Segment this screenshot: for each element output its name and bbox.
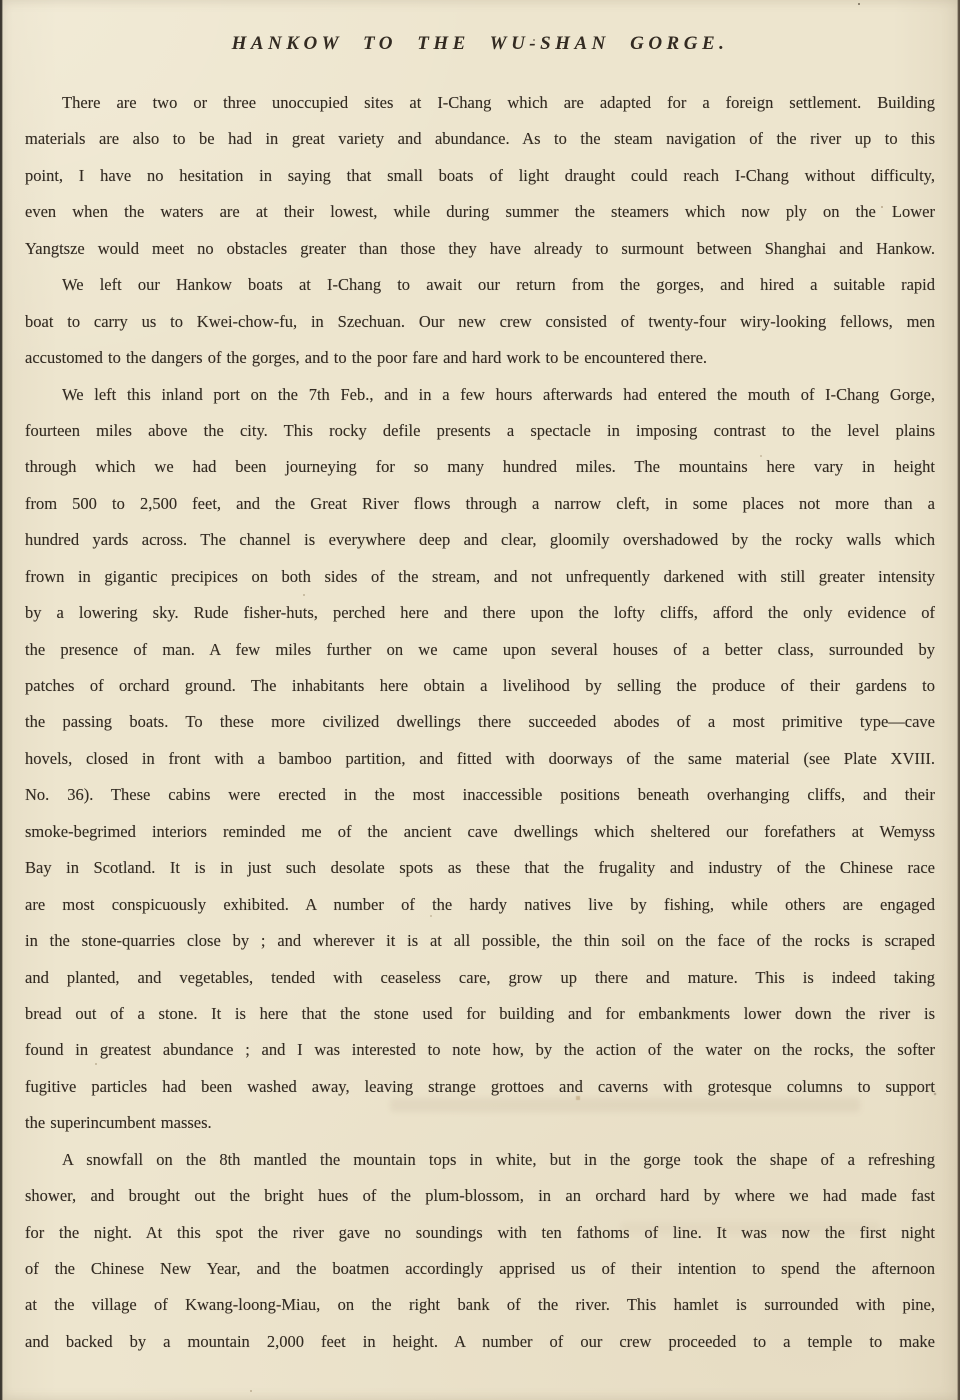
text-line: There are two or three unoccupied sites … bbox=[25, 85, 935, 121]
text-line: from 500 to 2,500 feet, and the Great Ri… bbox=[25, 486, 935, 522]
text-line: We left our Hankow boats at I-Chang to a… bbox=[25, 267, 935, 303]
text-line: by a lowering sky. Rude fisher-huts, per… bbox=[25, 595, 935, 631]
text-line: A snowfall on the 8th mantled the mounta… bbox=[25, 1142, 935, 1178]
text-line: materials are also to be had in great va… bbox=[25, 121, 935, 157]
text-line: No. 36). These cabins were erected in th… bbox=[25, 777, 935, 813]
paragraph: We left this inland port on the 7th Feb.… bbox=[25, 377, 935, 1142]
text-line: through which we had been journeying for… bbox=[25, 449, 935, 485]
text-line: and backed by a mountain 2,000 feet in h… bbox=[25, 1324, 935, 1360]
text-line: in the stone-quarries close by ; and whe… bbox=[25, 923, 935, 959]
text-line: found in greatest abundance ; and I was … bbox=[25, 1032, 935, 1068]
book-page: HANKOW TO THE WU-SHAN GORGE. There are t… bbox=[0, 0, 960, 1400]
text-line: the superincumbent masses. bbox=[25, 1105, 935, 1141]
text-line: smoke-begrimed interiors reminded me of … bbox=[25, 814, 935, 850]
paragraph: We left our Hankow boats at I-Chang to a… bbox=[25, 267, 935, 376]
text-line: bread out of a stone. It is here that th… bbox=[25, 996, 935, 1032]
text-line: We left this inland port on the 7th Feb.… bbox=[25, 377, 935, 413]
text-line: fugitive particles had been washed away,… bbox=[25, 1069, 935, 1105]
text-line: hovels, closed in front with a bamboo pa… bbox=[25, 741, 935, 777]
text-line: point, I have no hesitation in saying th… bbox=[25, 158, 935, 194]
text-line: are most conspicuously exhibited. A numb… bbox=[25, 887, 935, 923]
text-line: Yangtsze would meet no obstacles greater… bbox=[25, 231, 935, 267]
scan-edge-left bbox=[0, 0, 3, 1400]
text-line: Bay in Scotland. It is in just such deso… bbox=[25, 850, 935, 886]
page-body: There are two or three unoccupied sites … bbox=[25, 85, 935, 1360]
text-line: fourteen miles above the city. This rock… bbox=[25, 413, 935, 449]
paragraph: There are two or three unoccupied sites … bbox=[25, 85, 935, 267]
text-line: frown in gigantic precipices on both sid… bbox=[25, 559, 935, 595]
paragraph: A snowfall on the 8th mantled the mounta… bbox=[25, 1142, 935, 1361]
page-title: HANKOW TO THE WU-SHAN GORGE. bbox=[0, 33, 960, 55]
text-line: at the village of Kwang-loong-Miau, on t… bbox=[25, 1287, 935, 1323]
text-line: shower, and brought out the bright hues … bbox=[25, 1178, 935, 1214]
text-line: for the night. At this spot the river ga… bbox=[25, 1215, 935, 1251]
text-line: the presence of man. A few miles further… bbox=[25, 632, 935, 668]
text-line: accustomed to the dangers of the gorges,… bbox=[25, 340, 935, 376]
text-line: hundred yards across. The channel is eve… bbox=[25, 522, 935, 558]
text-line: of the Chinese New Year, and the boatmen… bbox=[25, 1251, 935, 1287]
text-line: boat to carry us to Kwei-chow-fu, in Sze… bbox=[25, 304, 935, 340]
text-line: the passing boats. To these more civiliz… bbox=[25, 704, 935, 740]
text-line: and planted, and vegetables, tended with… bbox=[25, 960, 935, 996]
text-line: even when the waters are at their lowest… bbox=[25, 194, 935, 230]
text-line: patches of orchard ground. The inhabitan… bbox=[25, 668, 935, 704]
